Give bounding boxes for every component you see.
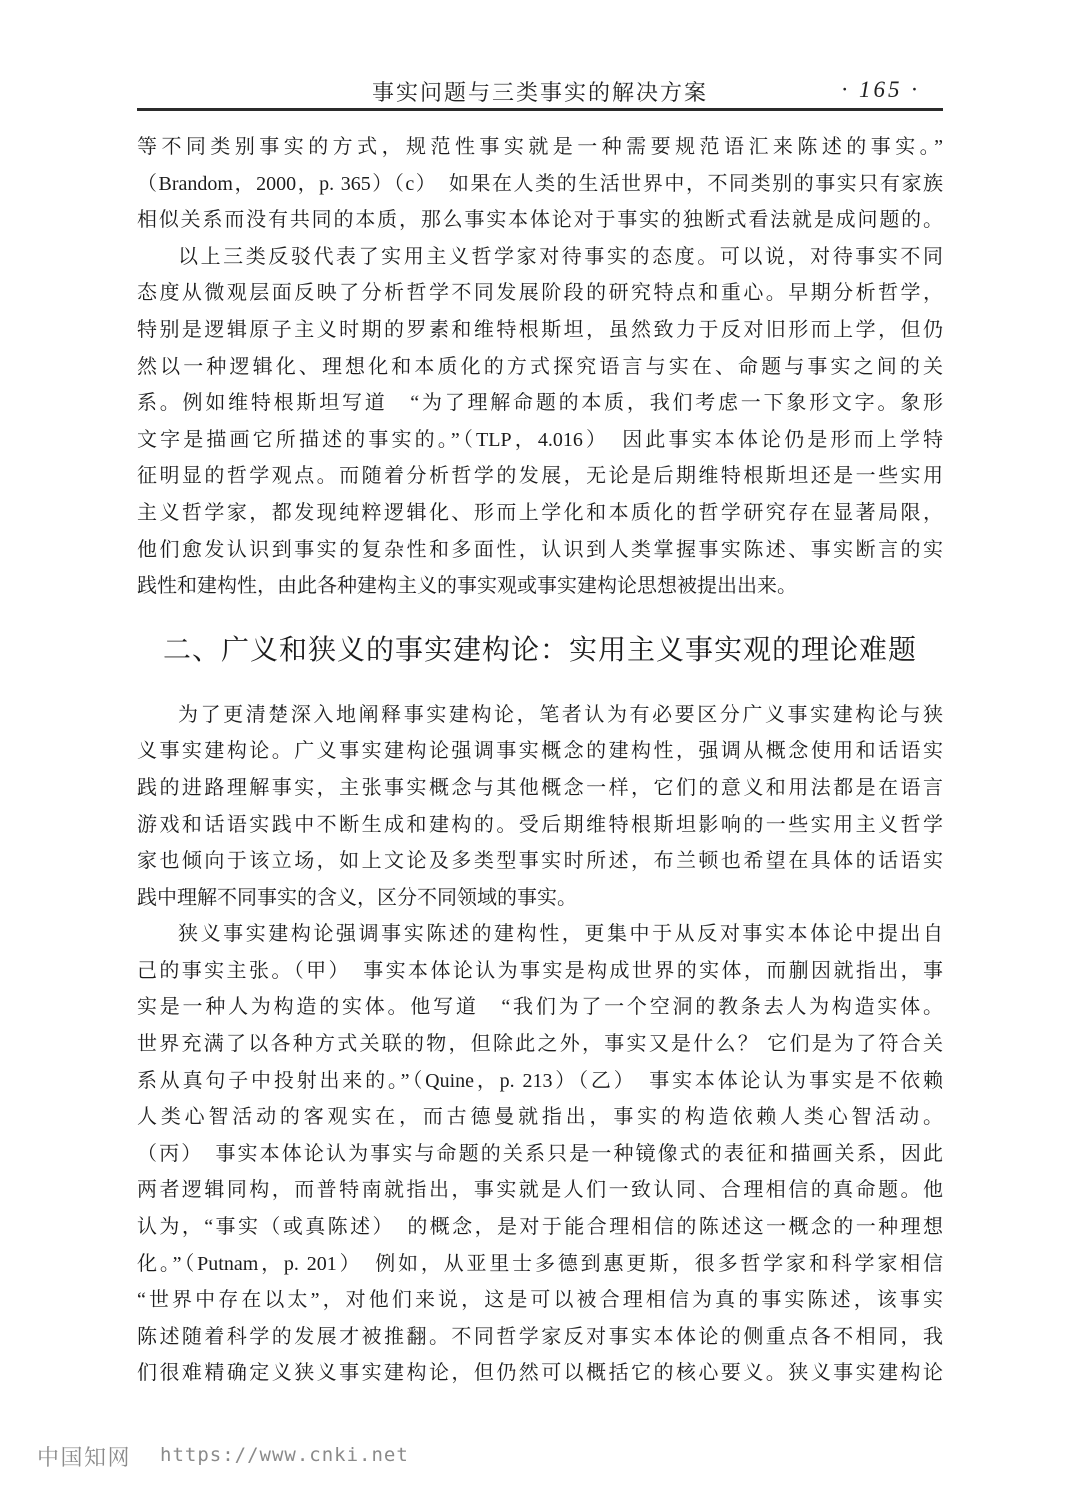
text-line: 义事实建构论。广义事实建构论强调事实概念的建构性，强调从概念使用和话语实 — [137, 733, 943, 770]
text-line: 然以一种逻辑化、理想化和本质化的方式探究语言与实在、命题与事实之间的关 — [137, 349, 943, 386]
text-line: 以上三类反驳代表了实用主义哲学家对待事实的态度。可以说，对待事实不同 — [137, 239, 943, 276]
page-number: · 165 · — [842, 77, 921, 103]
text-line: 人类心智活动的客观实在，而古德曼就指出，事实的构造依赖人类心智活动。 — [137, 1099, 943, 1136]
text-line: “世界中存在以太”，对他们来说，这是可以被合理相信为真的事实陈述，该事实 — [137, 1282, 943, 1319]
text-line: 为了更清楚深入地阐释事实建构论，笔者认为有必要区分广义事实建构论与狭 — [137, 697, 943, 734]
text-line: 践的进路理解事实，主张事实概念与其他概念一样，它们的意义和用法都是在语言 — [137, 770, 943, 807]
text-line: 化。”（Putnam，p. 201） 例如，从亚里士多德到惠更斯，很多哲学家和科… — [137, 1246, 943, 1283]
text-line: 两者逻辑同构，而普特南就指出，事实就是人们一致认同、合理相信的真命题。他 — [137, 1172, 943, 1209]
text-line: 世界充满了以各种方式关联的物，但除此之外，事实又是什么？ 它们是为了符合关 — [137, 1026, 943, 1063]
text-line: 征明显的哲学观点。而随着分析哲学的发展，无论是后期维特根斯坦还是一些实用 — [137, 458, 943, 495]
header-rule — [137, 108, 943, 111]
text-line: 己的事实主张。（甲） 事实本体论认为事实是构成世界的实体，而蒯因就指出，事 — [137, 953, 943, 990]
running-title: 事实问题与三类事实的解决方案 — [137, 80, 943, 106]
text-line: 家也倾向于该立场，如上文论及多类型事实时所述，布兰顿也希望在具体的话语实 — [137, 843, 943, 880]
document-page: 事实问题与三类事实的解决方案 · 165 · 等不同类别事实的方式，规范性事实就… — [0, 0, 1080, 1501]
article-body: 等不同类别事实的方式，规范性事实就是一种需要规范语汇来陈述的事实。”（Brand… — [137, 129, 943, 1392]
text-line: 文字是描画它所描述的事实的。”（TLP，4.016） 因此事实本体论仍是形而上学… — [137, 422, 943, 459]
cnki-watermark: 中国知网 — [37, 1441, 131, 1472]
text-line: 游戏和话语实践中不断生成和建构的。受后期维特根斯坦影响的一些实用主义哲学 — [137, 807, 943, 844]
text-line: 践性和建构性，由此各种建构主义的事实观或事实建构论思想被提出出来。 — [137, 568, 943, 605]
paragraph: 等不同类别事实的方式，规范性事实就是一种需要规范语汇来陈述的事实。”（Brand… — [137, 129, 943, 239]
text-line: 系。例如维特根斯坦写道 “为了理解命题的本质，我们考虑一下象形文字。象形 — [137, 385, 943, 422]
text-line: 等不同类别事实的方式，规范性事实就是一种需要规范语汇来陈述的事实。” — [137, 129, 943, 166]
section-heading: 二、广义和狭义的事实建构论：实用主义事实观的理论难题 — [137, 605, 943, 697]
text-line: 践中理解不同事实的含义，区分不同领域的事实。 — [137, 880, 943, 917]
text-line: （Brandom，2000，p. 365）（c） 如果在人类的生活世界中，不同类… — [137, 166, 943, 203]
text-line: 系从真句子中投射出来的。”（Quine，p. 213）（乙） 事实本体论认为事实… — [137, 1063, 943, 1100]
text-line: 实是一种人为构造的实体。他写道 “我们为了一个空洞的教条去人为构造实体。 — [137, 989, 943, 1026]
cnki-url[interactable]: https://www.cnki.net — [160, 1444, 409, 1466]
text-line: 态度从微观层面反映了分析哲学不同发展阶段的研究特点和重心。早期分析哲学， — [137, 275, 943, 312]
paragraph: 狭义事实建构论强调事实陈述的建构性，更集中于从反对事实本体论中提出自己的事实主张… — [137, 916, 943, 1392]
text-line: 相似关系而没有共同的本质，那么事实本体论对于事实的独断式看法就是成问题的。 — [137, 202, 943, 239]
paragraph: 以上三类反驳代表了实用主义哲学家对待事实的态度。可以说，对待事实不同态度从微观层… — [137, 239, 943, 605]
text-line: 主义哲学家，都发现纯粹逻辑化、形而上学化和本质化的哲学研究存在显著局限， — [137, 495, 943, 532]
text-line: （丙） 事实本体论认为事实与命题的关系只是一种镜像式的表征和描画关系，因此 — [137, 1136, 943, 1173]
text-line: 们很难精确定义狭义事实建构论，但仍然可以概括它的核心要义。狭义事实建构论 — [137, 1355, 943, 1392]
text-line: 狭义事实建构论强调事实陈述的建构性，更集中于从反对事实本体论中提出自 — [137, 916, 943, 953]
text-line: 特别是逻辑原子主义时期的罗素和维特根斯坦，虽然致力于反对旧形而上学，但仍 — [137, 312, 943, 349]
text-line: 陈述随着科学的发展才被推翻。不同哲学家反对事实本体论的侧重点各不相同，我 — [137, 1319, 943, 1356]
text-line: 他们愈发认识到事实的复杂性和多面性，认识到人类掌握事实陈述、事实断言的实 — [137, 532, 943, 569]
text-line: 认为，“事实（或真陈述） 的概念，是对于能合理相信的陈述这一概念的一种理想 — [137, 1209, 943, 1246]
paragraph: 为了更清楚深入地阐释事实建构论，笔者认为有必要区分广义事实建构论与狭义事实建构论… — [137, 697, 943, 917]
